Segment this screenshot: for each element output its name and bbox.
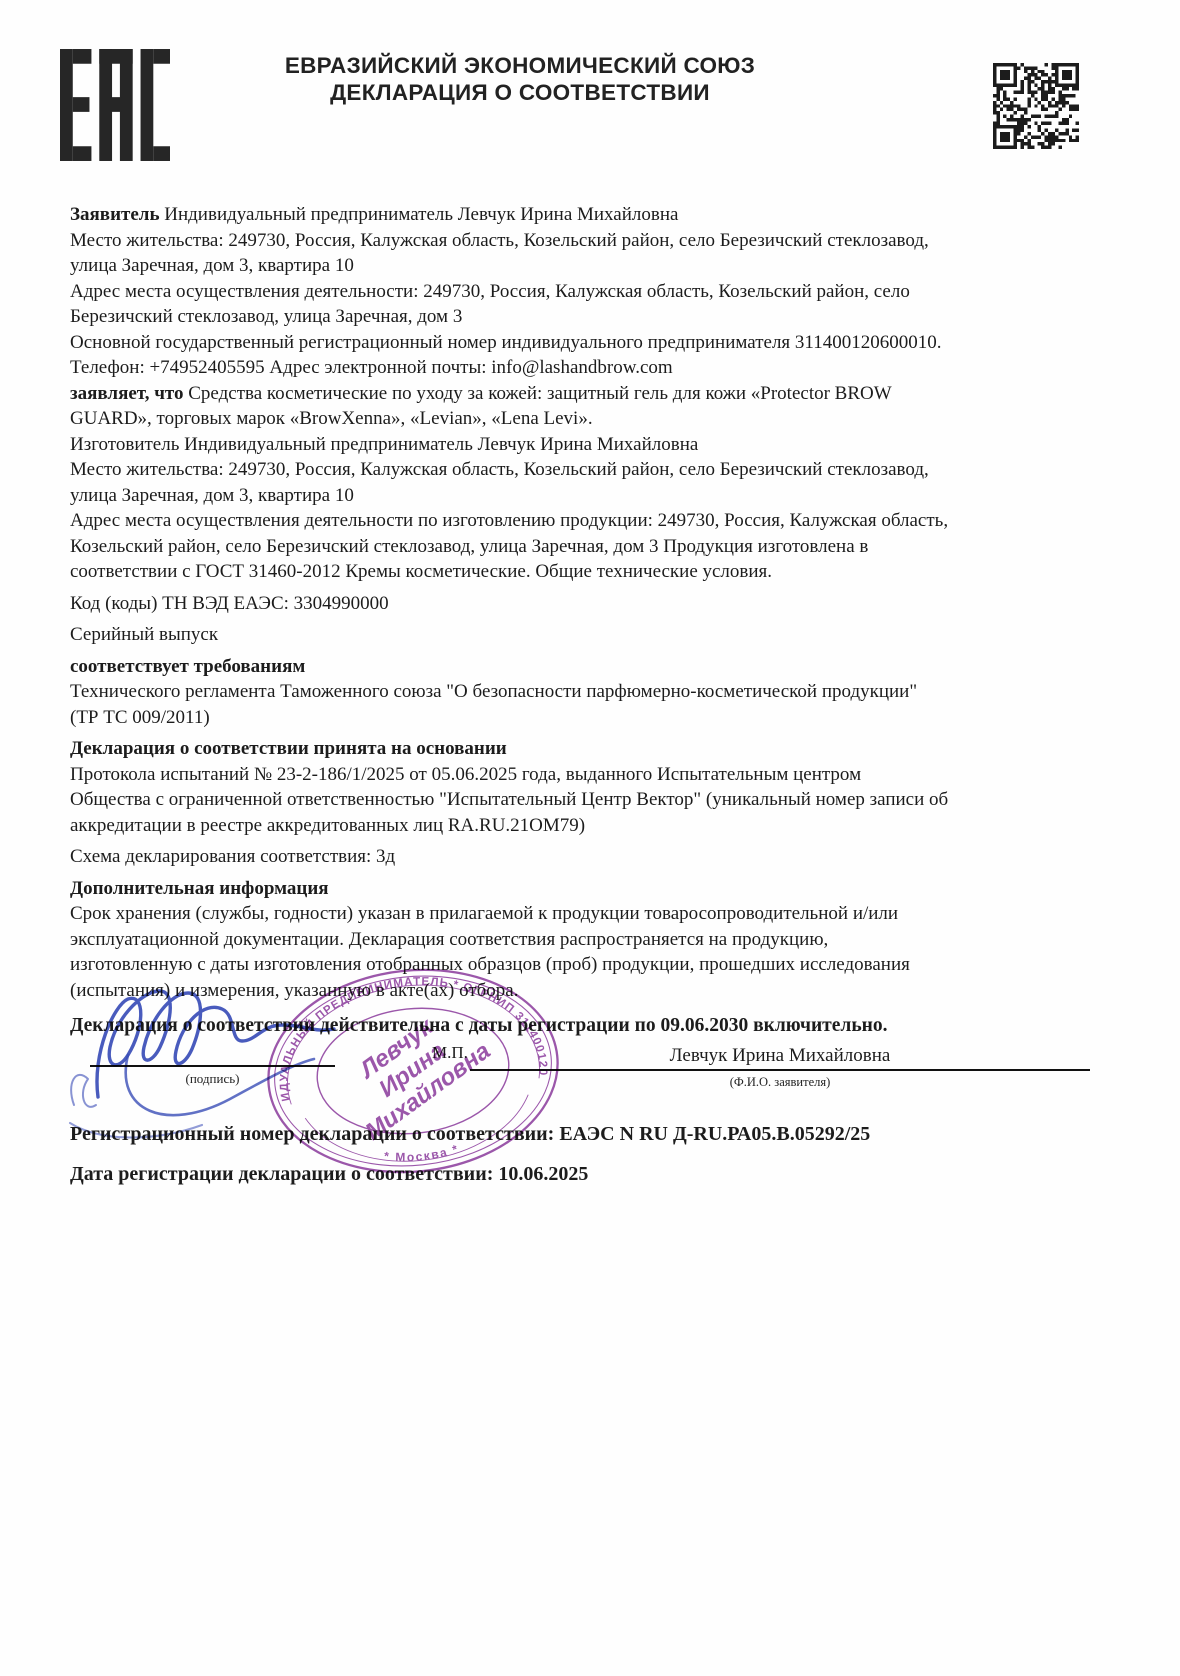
paragraph-phone-email: Телефон: +74952405595 Адрес электронной … [70,355,1115,381]
eac-logo-icon [60,48,170,162]
paragraph-tnved-code: Код (коды) ТН ВЭД ЕАЭС: 3304990000 [70,591,1115,617]
paragraph-basis-heading: Декларация о соответствии принята на осн… [70,736,1115,762]
registration-date-line: Дата регистрации декларации о соответств… [70,1161,1150,1187]
paragraph-manufacturer-residence: Место жительства: 249730, Россия, Калужс… [70,457,1115,508]
paragraph-manufacturer: Изготовитель Индивидуальный предпринимат… [70,432,1115,458]
stamp-place-label: М.П. [432,1043,468,1063]
paragraph-shelf-life: Срок хранения (службы, годности) указан … [70,901,1115,1003]
document-body: Заявитель Индивидуальный предприниматель… [70,202,1115,1003]
paragraph-production-address: Адрес места осуществления деятельности п… [70,508,1115,585]
applicant-name-line [470,1069,1090,1071]
signature-line [90,1065,335,1067]
registration-number-line: Регистрационный номер декларации о соотв… [70,1121,1150,1147]
paragraph-applicant: Заявитель Индивидуальный предприниматель… [70,202,1115,228]
paragraph-additional-info-heading: Дополнительная информация [70,876,1115,902]
paragraph-activity-address: Адрес места осуществления деятельности: … [70,279,1115,330]
paragraph-declares: заявляет, что Средства косметические по … [70,381,1115,432]
title-line-2: ДЕКЛАРАЦИЯ О СООТВЕТСТВИИ [180,79,860,106]
document-title: ЕВРАЗИЙСКИЙ ЭКОНОМИЧЕСКИЙ СОЮЗ ДЕКЛАРАЦИ… [180,52,860,106]
qr-code-icon [986,56,1086,156]
title-line-1: ЕВРАЗИЙСКИЙ ЭКОНОМИЧЕСКИЙ СОЮЗ [180,52,860,79]
paragraph-ogrnip: Основной государственный регистрационный… [70,330,1115,356]
paragraph-complies-heading: соответствует требованиям [70,654,1115,680]
signature-block: (подпись) М.П. Левчук Ирина Михайловна (… [70,1039,1115,1111]
paragraph-declaration-scheme: Схема декларирования соответствия: 3д [70,844,1115,870]
signature-caption: (подпись) [130,1071,295,1087]
applicant-name: Левчук Ирина Михайловна [470,1045,1090,1067]
paragraph-residence: Место жительства: 249730, Россия, Калужс… [70,228,1115,279]
validity-statement: Декларация о соответствии действительна … [70,1013,1115,1039]
paragraph-regulation: Технического регламента Таможенного союз… [70,679,1115,730]
declaration-document: ЕВРАЗИЙСКИЙ ЭКОНОМИЧЕСКИЙ СОЮЗ ДЕКЛАРАЦИ… [0,0,1180,1676]
paragraph-serial-release: Серийный выпуск [70,622,1115,648]
document-header: ЕВРАЗИЙСКИЙ ЭКОНОМИЧЕСКИЙ СОЮЗ ДЕКЛАРАЦИ… [0,0,1180,170]
applicant-name-caption: (Ф.И.О. заявителя) [470,1075,1090,1090]
paragraph-test-protocol: Протокола испытаний № 23-2-186/1/2025 от… [70,762,1115,839]
